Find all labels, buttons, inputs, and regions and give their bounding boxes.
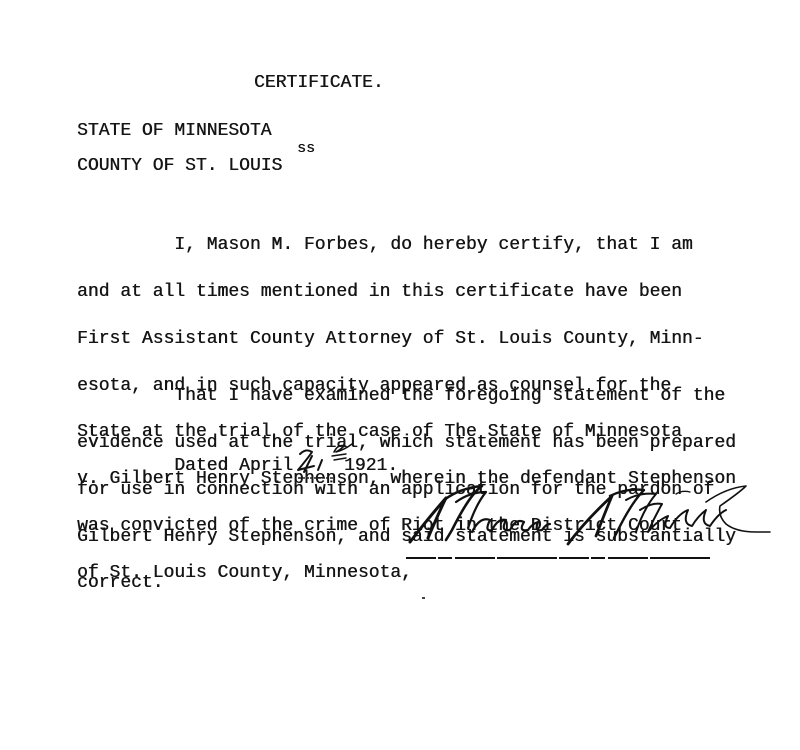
paragraph-line: correct. (77, 576, 736, 592)
venue-state-line: STATE OF MINNESOTA (77, 123, 271, 139)
paragraph-line: First Assistant County Attorney of St. L… (77, 332, 736, 348)
paragraph-line: That I have examined the foregoing state… (77, 389, 736, 405)
dated-line-prefix: Dated April (77, 458, 293, 474)
paper-speck (422, 597, 425, 599)
certificate-page: CERTIFICATE. STATE OF MINNESOTA ss COUNT… (0, 0, 800, 750)
paragraph-line: evidence used at the trial, which statem… (77, 436, 736, 452)
dated-year: 1921. (344, 458, 398, 474)
venue-ss-mark: ss (297, 141, 315, 157)
document-title: CERTIFICATE. (254, 75, 384, 91)
paragraph-line: I, Mason M. Forbes, do hereby certify, t… (77, 238, 736, 254)
signature-mason-m-forbes (400, 480, 780, 570)
paragraph-line: and at all times mentioned in this certi… (77, 285, 736, 301)
venue-county-line: COUNTY OF ST. LOUIS (77, 158, 282, 174)
